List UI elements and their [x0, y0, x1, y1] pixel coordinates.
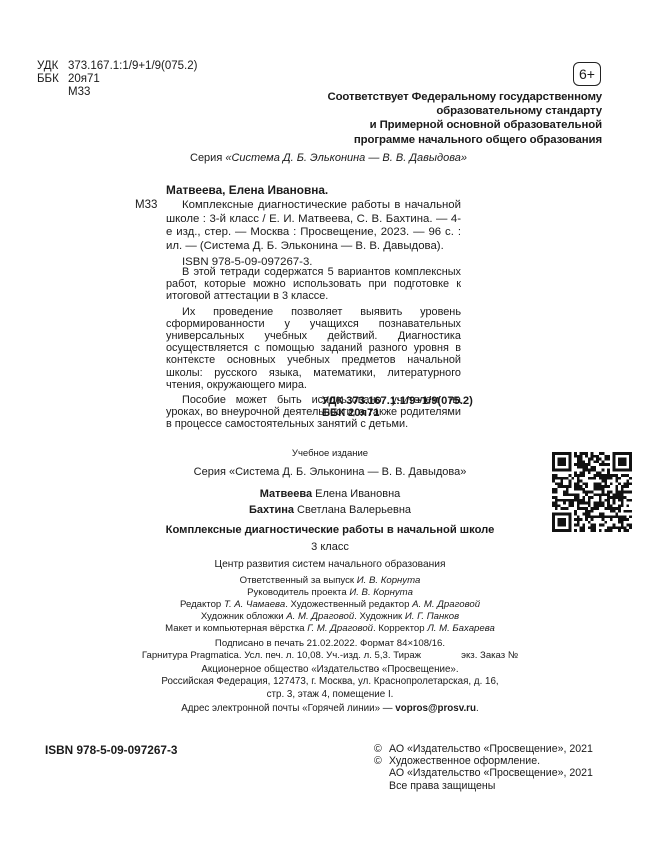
- age-rating-badge: 6+: [573, 62, 601, 86]
- print-signed: Подписано в печать 21.02.2022. Формат 84…: [100, 638, 560, 650]
- fgos-line: образовательному стандарту: [327, 104, 602, 118]
- isbn-footer: ISBN 978-5-09-097267-3: [45, 743, 177, 757]
- bbk-label: ББК: [37, 73, 68, 86]
- credit-person: И. Г. Панков: [405, 611, 459, 622]
- credit-role: Макет и компьютерная вёрстка: [165, 623, 307, 634]
- publisher-address-1: Российская Федерация, 127473, г. Москва,…: [100, 676, 560, 688]
- udk-value: 373.167.1:1/9+1/9(075.2): [68, 60, 197, 73]
- credit-line: Ответственный за выпуск И. В. Корнута: [100, 575, 560, 587]
- imprint-author-2: Бахтина Светлана Валерьевна: [100, 504, 560, 516]
- edition-type: Учебное издание: [100, 448, 560, 460]
- grade: 3 класс: [100, 541, 560, 553]
- credit-person: Г. М. Драговой: [307, 623, 373, 634]
- copyright-line: Все права защищены: [374, 780, 593, 792]
- credit-person: А. М. Драговой: [412, 599, 480, 610]
- copyright-text: АО «Издательство «Просвещение», 2021: [389, 767, 593, 779]
- credit-person: И. В. Корнута: [349, 587, 413, 598]
- copyright-icon: ©: [374, 755, 389, 767]
- fgos-statement: Соответствует Федеральному государственн…: [327, 90, 602, 147]
- credit-role: . Художественный редактор: [285, 599, 412, 610]
- copyright-line: ©АО «Издательство «Просвещение», 2021: [374, 743, 593, 755]
- email-end: .: [476, 703, 479, 714]
- hotline-email: Адрес электронной почты «Горячей линии» …: [100, 703, 560, 714]
- copyright-line: ©Художественное оформление.: [374, 755, 593, 767]
- copyright-text: АО «Издательство «Просвещение», 2021: [389, 743, 593, 755]
- credit-line: Редактор Т. А. Чамаева. Художественный р…: [100, 599, 560, 611]
- copyright-icon: [374, 767, 389, 779]
- catalog-mark: М33: [135, 199, 157, 211]
- author-1-first-name: Елена Ивановна: [312, 488, 400, 500]
- credit-line: Художник обложки А. М. Драговой. Художни…: [100, 611, 560, 623]
- print-copies: экз. Заказ №: [461, 650, 518, 661]
- credit-role: Художник обложки: [201, 611, 286, 622]
- credit-role: Редактор: [180, 599, 224, 610]
- catalog-description: Комплексные диагностические работы в нач…: [166, 199, 461, 253]
- classification-block: УДК373.167.1:1/9+1/9(075.2) ББК20я71 М33: [37, 60, 197, 99]
- author-mark: М33: [68, 86, 90, 99]
- credit-role: . Корректор: [373, 623, 427, 634]
- publisher-address-2: стр. 3, этаж 4, помещение I.: [100, 689, 560, 701]
- catalog-author-heading: Матвеева, Елена Ивановна.: [166, 183, 328, 197]
- credit-role: . Художник: [354, 611, 405, 622]
- fgos-line: и Примерной основной образовательной: [327, 118, 602, 132]
- credit-role: Ответственный за выпуск: [240, 575, 357, 586]
- copyright-line: АО «Издательство «Просвещение», 2021: [374, 767, 593, 779]
- annotation-paragraph: Их проведение позволяет выявить уровень …: [166, 306, 461, 391]
- publisher-info: Акционерное общество «Издательство «Прос…: [100, 664, 560, 701]
- catalog-udk: УДК 373.167.1:1/9+1/9(075.2): [322, 395, 473, 407]
- author-2-first-name: Светлана Валерьевна: [294, 504, 411, 516]
- credit-line: Руководитель проекта И. В. Корнута: [100, 587, 560, 599]
- credit-role: Руководитель проекта: [247, 587, 349, 598]
- annotation-paragraph: В этой тетради содержатся 5 вариантов ко…: [166, 266, 461, 303]
- credit-line: Макет и компьютерная вёрстка Г. М. Драго…: [100, 623, 560, 635]
- author-2-last-name: Бахтина: [249, 504, 294, 516]
- email-label: Адрес электронной почты «Горячей линии» …: [181, 703, 395, 714]
- catalog-bbk: ББК 20я71: [322, 407, 473, 419]
- copyright-block: ©АО «Издательство «Просвещение», 2021©Ху…: [374, 743, 593, 792]
- series-name: «Система Д. Б. Эльконина — В. В. Давыдов…: [225, 152, 467, 164]
- credits-block: Ответственный за выпуск И. В. КорнутаРук…: [100, 575, 560, 635]
- catalog-classification: УДК 373.167.1:1/9+1/9(075.2) ББК 20я71: [322, 395, 473, 419]
- imprint-series: Серия «Система Д. Б. Эльконина — В. В. Д…: [100, 466, 560, 478]
- credit-person: Л. М. Бахарева: [427, 623, 495, 634]
- fgos-line: программе начального общего образования: [327, 133, 602, 147]
- series-line: Серия «Система Д. Б. Эльконина — В. В. Д…: [190, 152, 467, 165]
- book-title: Комплексные диагностические работы в нач…: [100, 524, 560, 536]
- credit-person: И. В. Корнута: [357, 575, 421, 586]
- copyright-icon: [374, 780, 389, 792]
- bbk-value: 20я71: [68, 73, 100, 86]
- imprint-author-1: Матвеева Елена Ивановна: [100, 488, 560, 500]
- copyright-icon: ©: [374, 743, 389, 755]
- email-link[interactable]: vopros@prosv.ru: [395, 703, 476, 714]
- author-1-last-name: Матвеева: [260, 488, 312, 500]
- print-typeface: Гарнитура Pragmatica. Усл. печ. л. 10,08…: [142, 650, 421, 661]
- copyright-text: Все права защищены: [389, 780, 495, 792]
- qr-code-icon: [552, 452, 632, 532]
- publisher-name: Акционерное общество «Издательство «Прос…: [100, 664, 560, 676]
- udk-label: УДК: [37, 60, 68, 73]
- series-prefix: Серия: [190, 152, 225, 164]
- fgos-line: Соответствует Федеральному государственн…: [327, 90, 602, 104]
- copyright-text: Художественное оформление.: [389, 755, 540, 767]
- catalog-body: Комплексные диагностические работы в нач…: [166, 199, 461, 270]
- development-center: Центр развития систем начального образов…: [100, 559, 560, 570]
- credit-person: А. М. Драговой: [286, 611, 354, 622]
- credit-person: Т. А. Чамаева: [224, 599, 285, 610]
